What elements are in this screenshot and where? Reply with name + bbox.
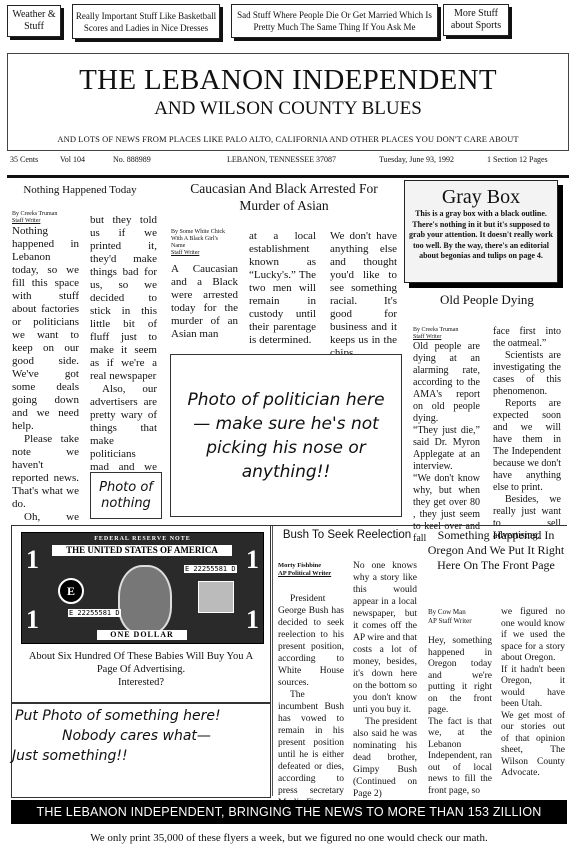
price: 35 Cents (10, 155, 38, 164)
nav-weather[interactable]: Weather & Stuff (7, 5, 61, 37)
gray-box: Gray Box This is a gray box with a black… (404, 180, 558, 283)
photo-placeholder-nothing: Photo of nothing (90, 472, 162, 519)
gray-box-title: Gray Box (405, 186, 557, 208)
nav-weather-label: Weather & Stuff (8, 9, 60, 33)
article-old-people-col1: Old people are dying at an alarming rate… (413, 341, 480, 545)
headline-oregon: Something Happened In Oregon And We Put … (426, 528, 566, 573)
article-arrest-col3: We don't have anything else and thought … (330, 230, 397, 360)
article-old-people-col2: face first into the oatmeal.” Scientists… (493, 326, 561, 542)
masthead: THE LEBANON INDEPENDENT AND WILSON COUNT… (7, 53, 569, 151)
byline-author: By Creeks Truman (12, 211, 62, 218)
ad-cta[interactable]: Interested? (18, 677, 264, 688)
byline-role: Staff Writer (12, 218, 40, 224)
top-rule (7, 175, 569, 178)
headline-arrest: Caucasian And Black Arrested For Murder … (176, 180, 392, 214)
headline-bush: Bush To Seek Reelection (275, 529, 419, 541)
gray-box-body: This is a gray box with a black outline.… (405, 208, 557, 263)
ad-box: FEDERAL RESERVE NOTE THE UNITED STATES O… (11, 525, 271, 703)
column-rule (272, 526, 273, 796)
article-bush-col2: No one knows why a story like this would… (353, 560, 417, 800)
volume: Vol 104 (60, 155, 85, 164)
issue-date: Tuesday, June 93, 1992 (379, 155, 454, 164)
issue-number: No. 888989 (113, 155, 151, 164)
photo-placeholder-politician: Photo of politician here— make sure he's… (170, 354, 402, 517)
nav-sports-ladies[interactable]: Really Important Stuff Like Basketball S… (72, 4, 220, 39)
headline-old-people: Old People Dying (412, 292, 562, 308)
article-arrest-col1: A Caucasian and a Black were arrested to… (171, 263, 238, 341)
article-oregon-col1: Hey, something happened in Oregon today … (428, 636, 492, 797)
photo-placeholder-something: Put Photo of something here! Nobody care… (11, 703, 271, 798)
nav-sports-ladies-label: Really Important Stuff Like Basketball S… (73, 10, 219, 34)
newspaper-title: THE LEBANON INDEPENDENT (8, 64, 568, 96)
newspaper-tagline: AND LOTS OF NEWS FROM PLACES LIKE PALO A… (8, 134, 568, 144)
portrait-icon (118, 565, 172, 635)
article-arrest-col2: at a local establishment known as “Lucky… (249, 230, 316, 347)
article-bush-col1: President George Bush has decided to see… (278, 593, 344, 809)
readership-banner: THE LEBANON INDEPENDENT, BRINGING THE NE… (11, 800, 567, 824)
seal-icon: E (58, 578, 84, 604)
ad-caption: About Six Hundred Of These Babies Will B… (18, 650, 264, 676)
byline-oregon: By Cow Man AP Staff Writer (428, 608, 498, 626)
section-pages: 1 Section 12 Pages (487, 155, 548, 164)
nav-obituaries-label: Sad Stuff Where People Die Or Get Marrie… (232, 9, 437, 33)
nav-more-sports-label: More Stuff about Sports (444, 8, 508, 32)
dollar-bill-image: FEDERAL RESERVE NOTE THE UNITED STATES O… (21, 532, 264, 644)
nav-more-sports[interactable]: More Stuff about Sports (443, 4, 509, 36)
headline-nothing-happened: Nothing Happened Today (10, 184, 150, 196)
byline-bush: Morty Fishbine AP Political Writer (278, 562, 348, 578)
article-nothing-col2: but they told us if we printed it, they'… (90, 214, 157, 513)
byline-old-people: By Creeks Truman Staff Writer (413, 327, 473, 341)
location: LEBANON, TENNESSEE 37087 (227, 155, 336, 164)
article-nothing-col1: Nothing happened in Lebanon today, so we… (12, 225, 79, 550)
nav-obituaries[interactable]: Sad Stuff Where People Die Or Get Marrie… (231, 4, 438, 38)
article-oregon-col2: we figured no one would know if we used … (501, 607, 565, 780)
treasury-seal-icon (198, 581, 234, 613)
footer-note: We only print 35,000 of these flyers a w… (0, 832, 578, 844)
byline-arrest: By Some White Chick With A Black Girl's … (171, 229, 233, 257)
byline-nothing: By Creeks Truman Staff Writer (12, 211, 62, 225)
newspaper-subtitle: AND WILSON COUNTY BLUES (8, 98, 568, 120)
